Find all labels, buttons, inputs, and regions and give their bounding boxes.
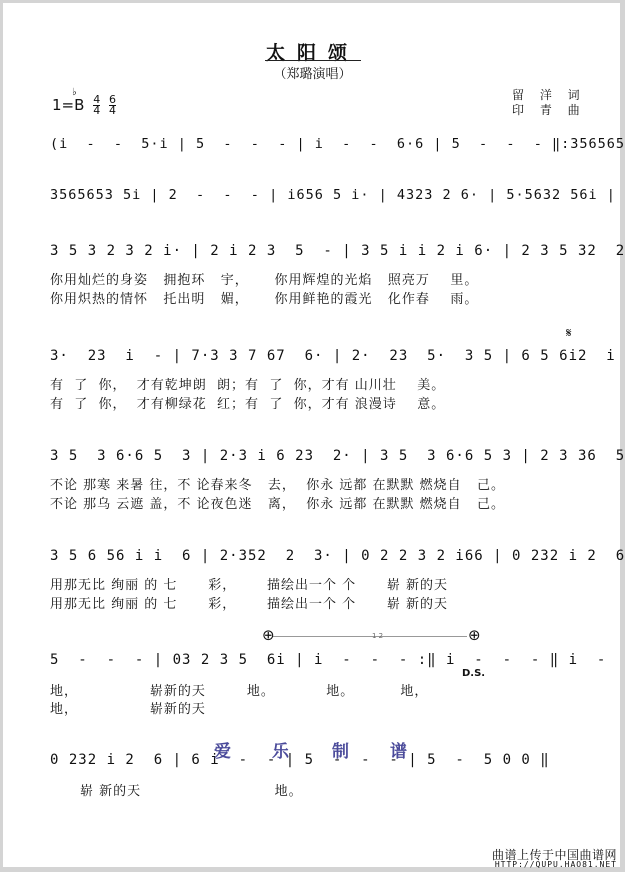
credits: 留 洋 词 印 青 曲 bbox=[512, 88, 586, 118]
notation-line: 3· 23 i - | 7·3 3 7 67 6· | 2· 23 5· 3 5… bbox=[50, 348, 625, 364]
key-signature: 1=B ♭ 4 4 6 4 bbox=[52, 95, 116, 116]
watermark-char: 爱 bbox=[214, 737, 231, 762]
time-sig-1-bottom: 4 bbox=[93, 105, 100, 116]
lyric-verse-1: 有 了 你， 才有乾坤朗 朗；有 了 你，才有 山川壮 美。 bbox=[50, 374, 445, 393]
notation-line: 3565653 5i | 2 - - - | i656 5 i· | 4323 … bbox=[50, 187, 625, 203]
time-sig-2-bottom: 4 bbox=[109, 105, 116, 116]
dal-segno-mark: D.S. bbox=[462, 668, 485, 679]
flat-icon: ♭ bbox=[72, 87, 77, 98]
score-page bbox=[3, 3, 620, 867]
lyric-verse-1: 你用灿烂的身姿 拥抱环 宇， 你用辉煌的光焰 照亮万 里。 bbox=[50, 269, 478, 288]
lyric-verse-2: 地， 崭新的天 bbox=[50, 698, 206, 717]
lyric-verse-1: 用那无比 绚丽 的 七 彩， 描绘出一个 个 崭 新的天 bbox=[50, 574, 448, 593]
composer-credit: 印 青 曲 bbox=[512, 103, 586, 118]
notation-line: 3 5 6 56 i i 6 | 2·352 2 3· | 0 2 2 3 2 … bbox=[50, 548, 625, 564]
lyric-verse-1: 不论 那寒 来暑 往，不 论春来冬 去， 你永 远都 在默默 燃烧自 己。 bbox=[50, 474, 505, 493]
watermark-char: 制 bbox=[332, 737, 349, 762]
watermark-char: 乐 bbox=[272, 737, 289, 762]
notation-line: (i - - 5·i | 5 - - - | i - - 6·6 | 5 - -… bbox=[50, 136, 625, 152]
lyricist-credit: 留 洋 词 bbox=[512, 88, 586, 103]
lyric-verse-2: 你用炽热的情怀 托出明 媚， 你用鲜艳的霞光 化作春 雨。 bbox=[50, 288, 478, 307]
footer-site-url[interactable]: HTTP://QUPU.HAO81.NET bbox=[495, 860, 617, 869]
lyric-verse-1: 崭 新的天 地。 bbox=[80, 780, 303, 799]
coda-icon: ⊕ bbox=[262, 626, 275, 644]
notation-line: 3 5 3 2 3 2 i· | 2 i 2 3 5 - | 3 5 i i 2… bbox=[50, 243, 625, 259]
title-underline bbox=[265, 60, 361, 61]
lyric-verse-2: 用那无比 绚丽 的 七 彩， 描绘出一个 个 崭 新的天 bbox=[50, 593, 448, 612]
time-signature-2: 6 4 bbox=[109, 95, 116, 116]
notation-line: 3 5 3 6·6 5 3 | 2·3 i 6 23 2· | 3 5 3 6·… bbox=[50, 448, 625, 464]
lyric-verse-2: 有 了 你， 才有柳绿花 红；有 了 你，才有 浪漫诗 意。 bbox=[50, 393, 445, 412]
key-label: 1=B bbox=[52, 96, 84, 114]
coda-bracket-line bbox=[272, 636, 467, 637]
performer-subtitle: （郑璐演唱） bbox=[0, 63, 625, 82]
lyric-verse-1: 地， 崭新的天 地。 地。 地， bbox=[50, 680, 428, 699]
notation-line: 0 232 i 2 6 | 6 i - - | 5 - - - | 5 - 5 … bbox=[50, 752, 550, 768]
lyric-verse-2: 不论 那乌 云遮 盖，不 论夜色迷 离， 你永 远都 在默默 燃烧自 己。 bbox=[50, 493, 505, 512]
volta-label: 1 2 bbox=[372, 632, 383, 640]
notation-line: 5 - - - | 03 2 3 5 6i | i - - - :‖ i - -… bbox=[50, 652, 625, 668]
segno-icon: 𝄋 bbox=[566, 326, 572, 341]
coda-icon: ⊕ bbox=[468, 626, 481, 644]
watermark-char: 谱 bbox=[390, 737, 407, 762]
time-signature-1: 4 4 bbox=[93, 95, 100, 116]
